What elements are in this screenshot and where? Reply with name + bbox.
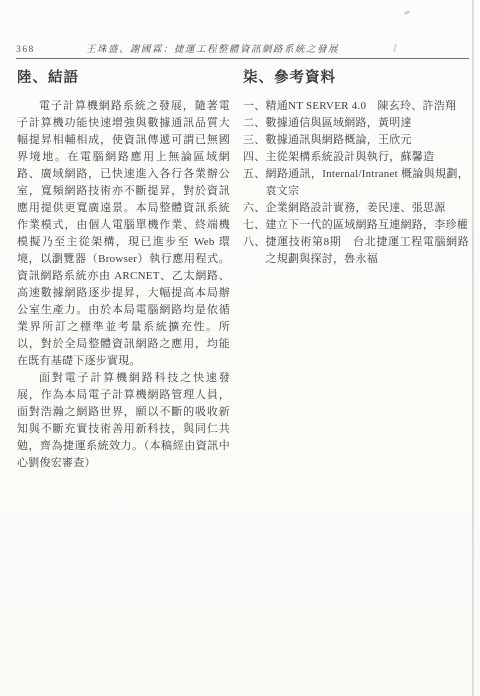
two-column-layout: 陸、結語 電子計算機網路系統之發展，隨著電子計算機功能快速增強與數據通訊品質大幅… bbox=[17, 61, 469, 472]
reference-number: 五、 bbox=[243, 166, 266, 200]
conclusion-paragraph: 電子計算機網路系統之發展，隨著電子計算機功能快速增強與數據通訊品質大幅提昇相輔相… bbox=[17, 98, 230, 370]
reference-item: 一、 精通NT SERVER 4.0 陳玄玲、許浩翔 bbox=[243, 98, 469, 115]
reference-item: 二、 數據通信與區域網路，黃明達 bbox=[243, 115, 469, 132]
reference-item: 三、 數據通訊與網路概論，王欣元 bbox=[243, 132, 469, 149]
reference-text: 數據通信與區域網路，黃明達 bbox=[266, 115, 470, 132]
reference-number: 六、 bbox=[243, 200, 266, 217]
reference-text: 捷運技術第8期 台北捷運工程電腦網路之規劃與探討，魯永福 bbox=[266, 234, 470, 268]
reference-item: 七、 建立下一代的區域網路互連網路，李珍權 bbox=[243, 217, 469, 234]
reference-item: 四、 主從架構系統設計與執行，蘇馨造 bbox=[243, 149, 469, 166]
scanned-page: 368 王珠盛、謝國霖：捷運工程整體資訊網路系統之發展 陸、結語 電子計算機網路… bbox=[0, 0, 480, 696]
reference-text: 主從架構系統設計與執行，蘇馨造 bbox=[266, 149, 470, 166]
page-edge-line bbox=[472, 0, 474, 696]
reference-text: 企業網路設計實務，姜民達、張思源 bbox=[266, 200, 470, 217]
conclusion-paragraph: 面對電子計算機網路科技之快速發展，作為本局電子計算機網路管理人員，面對浩瀚之網路… bbox=[17, 370, 230, 472]
scan-mark bbox=[404, 10, 411, 15]
reference-item: 六、 企業網路設計實務，姜民達、張思源 bbox=[243, 200, 469, 217]
conclusion-heading: 陸、結語 bbox=[17, 66, 230, 87]
reference-text: 網路通訊，Internal/Intranet 概論與規劃，袁文宗 bbox=[266, 166, 470, 200]
conclusion-section: 陸、結語 電子計算機網路系統之發展，隨著電子計算機功能快速增強與數據通訊品質大幅… bbox=[17, 61, 230, 472]
running-title: 王珠盛、謝國霖：捷運工程整體資訊網路系統之發展 bbox=[86, 41, 469, 55]
references-list: 一、 精通NT SERVER 4.0 陳玄玲、許浩翔 二、 數據通信與區域網路，… bbox=[243, 98, 469, 268]
reference-item: 五、 網路通訊，Internal/Intranet 概論與規劃，袁文宗 bbox=[243, 166, 469, 200]
references-heading: 柒、參考資料 bbox=[243, 66, 469, 87]
page-number: 368 bbox=[16, 45, 86, 55]
reference-number: 四、 bbox=[243, 149, 266, 166]
reference-item: 八、 捷運技術第8期 台北捷運工程電腦網路之規劃與探討，魯永福 bbox=[243, 234, 469, 268]
reference-number: 二、 bbox=[243, 115, 266, 132]
reference-number: 一、 bbox=[243, 98, 266, 115]
reference-text: 建立下一代的區域網路互連網路，李珍權 bbox=[266, 217, 470, 234]
reference-number: 七、 bbox=[243, 217, 266, 234]
reference-number: 八、 bbox=[243, 234, 266, 268]
page-header: 368 王珠盛、謝國霖：捷運工程整體資訊網路系統之發展 bbox=[16, 41, 469, 59]
reference-text: 精通NT SERVER 4.0 陳玄玲、許浩翔 bbox=[266, 98, 470, 115]
references-section: 柒、參考資料 一、 精通NT SERVER 4.0 陳玄玲、許浩翔 二、 數據通… bbox=[243, 61, 469, 472]
reference-text: 數據通訊與網路概論，王欣元 bbox=[266, 132, 470, 149]
reference-number: 三、 bbox=[243, 132, 266, 149]
